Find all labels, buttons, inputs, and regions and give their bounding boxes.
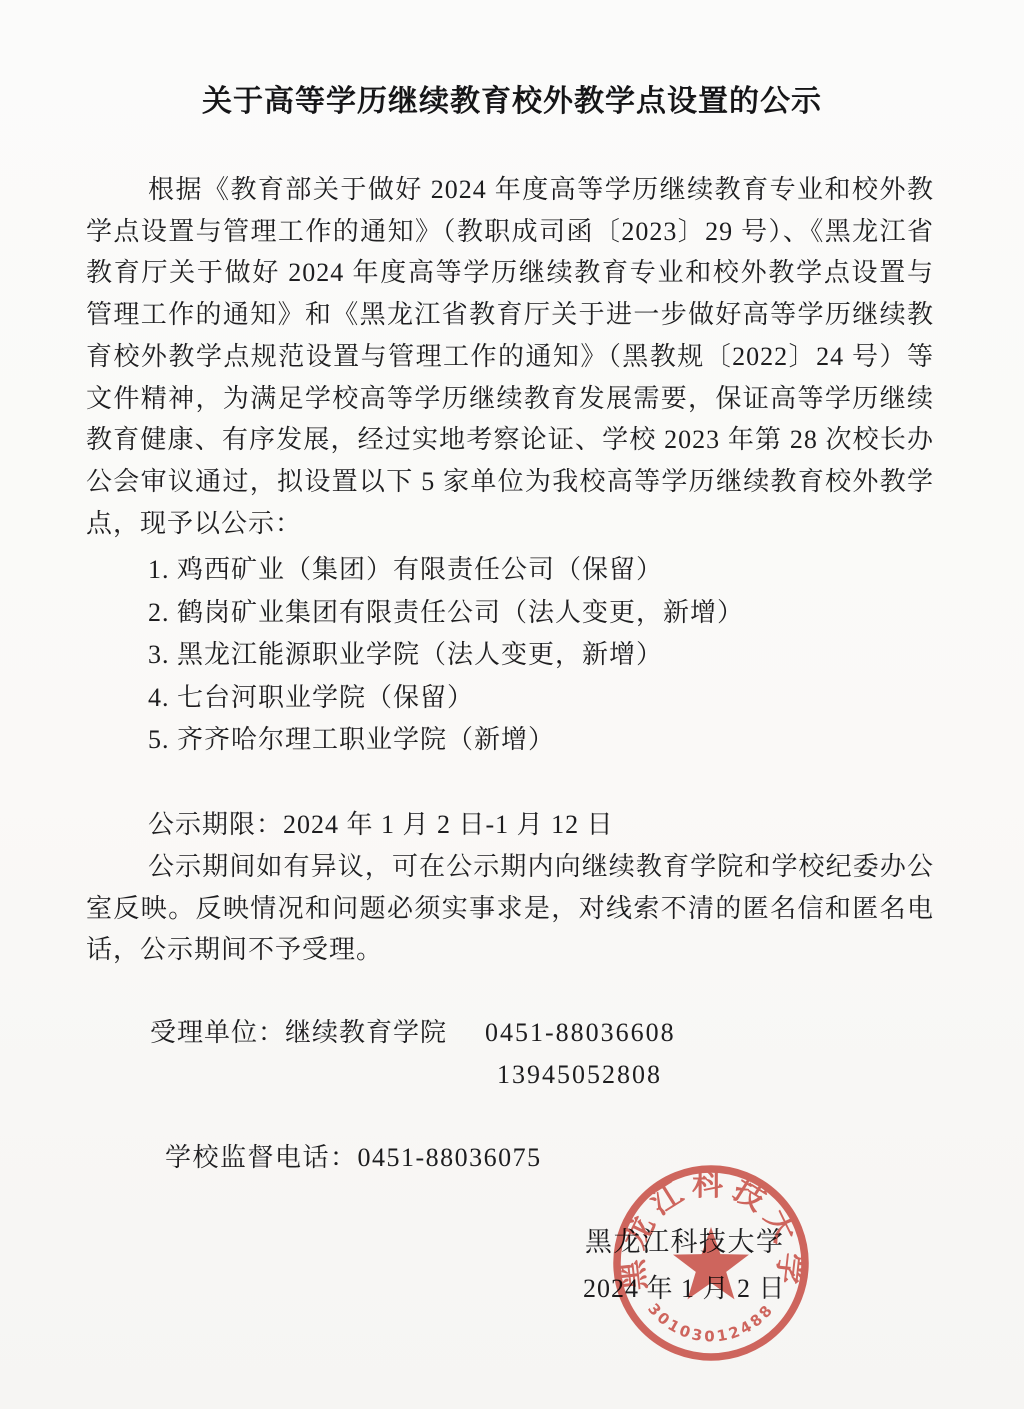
list-item: 1. 鸡西矿业（集团）有限责任公司（保留）	[148, 549, 744, 592]
contact-phone-2: 13945052808	[497, 1054, 662, 1096]
contact-phone-1: 0451-88036608	[485, 1018, 676, 1047]
objection-paragraph: 公示期间如有异议，可在公示期内向继续教育学院和学校纪委办公室反映。反映情况和问题…	[86, 846, 934, 971]
publicity-period-line: 公示期限：2024 年 1 月 2 日-1 月 12 日	[148, 804, 614, 846]
intro-paragraph: 根据《教育部关于做好 2024 年度高等学历继续教育专业和校外教学点设置与管理工…	[86, 169, 934, 544]
seal-star-icon	[673, 1227, 749, 1299]
official-seal: 黑龙江科技大学 2301030124880	[609, 1161, 813, 1365]
contact-row: 受理单位：继续教育学院0451-88036608	[150, 1012, 676, 1054]
list-item: 4. 七台河职业学院（保留）	[148, 677, 744, 720]
list-item: 3. 黑龙江能源职业学院（法人变更，新增）	[148, 634, 744, 677]
contact-label: 受理单位：继续教育学院	[150, 1018, 447, 1047]
list-item: 2. 鹤岗矿业集团有限责任公司（法人变更，新增）	[148, 592, 744, 635]
teaching-points-list: 1. 鸡西矿业（集团）有限责任公司（保留） 2. 鹤岗矿业集团有限责任公司（法人…	[148, 549, 744, 762]
page-title: 关于高等学历继续教育校外教学点设置的公示	[0, 76, 1024, 120]
document-page: 关于高等学历继续教育校外教学点设置的公示 根据《教育部关于做好 2024 年度高…	[0, 0, 1024, 1409]
list-item: 5. 齐齐哈尔理工职业学院（新增）	[148, 719, 744, 762]
supervision-phone-line: 学校监督电话：0451-88036075	[165, 1137, 542, 1179]
